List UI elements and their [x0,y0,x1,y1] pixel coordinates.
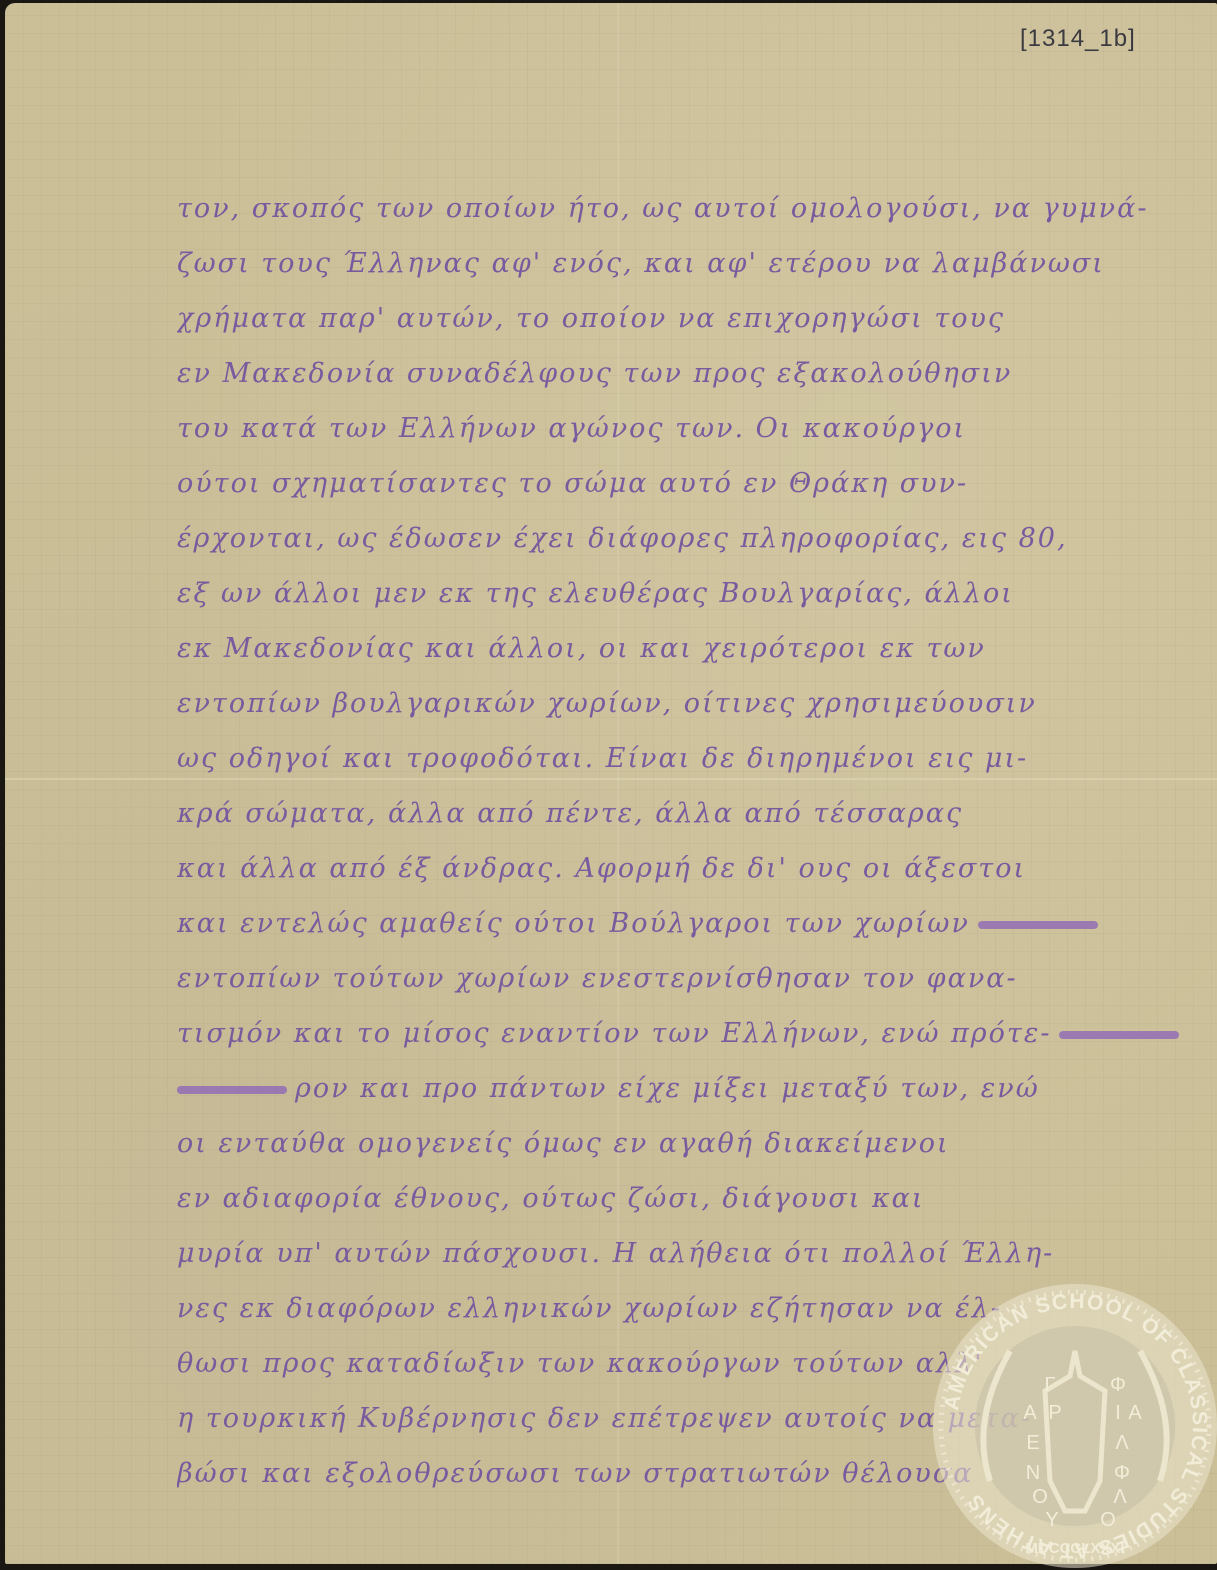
svg-text:Γ: Γ [1044,1374,1055,1396]
text-line: εξ ων άλλοι μεν εκ της ελευθέρας Βουλγαρ… [177,566,1207,621]
text-line: εν Μακεδονία συναδέλφους των προς εξακολ… [177,346,1207,401]
text-line: ρον και προ πάντων είχε μίξει μεταξύ των… [177,1061,1207,1116]
svg-text:Α: Α [1128,1402,1142,1424]
letter-page: [1314_1b] τον, σκοπός των οποίων ήτο, ως… [5,3,1217,1564]
text-line: και εντελώς αμαθείς ούτοι Βούλγαροι των … [177,896,1207,951]
archive-reference: [1314_1b] [1020,25,1136,53]
text-line: μυρία υπ' αυτών πάσχουσι. Η αλήθεια ότι … [177,1226,1207,1281]
text-line: χρήματα παρ' αυτών, το οποίον να επιχορη… [177,291,1207,346]
svg-text:Λ: Λ [1113,1486,1127,1508]
text-line: ως οδηγοί και τροφοδόται. Είναι δε διηρη… [177,731,1207,786]
svg-text:Ο: Ο [1032,1486,1048,1508]
text-line: ζωσι τους Έλληνας αφ' ενός, και αφ' ετέρ… [177,236,1207,291]
text-line: ούτοι σχηματίσαντες το σώμα αυτό εν Θράκ… [177,456,1207,511]
svg-text:Ε: Ε [1026,1432,1039,1454]
svg-text:Ο: Ο [1100,1509,1116,1531]
seal-date: MDCCCLXXXI [1025,1540,1124,1557]
embossed-seal-icon: AMERICAN SCHOOL OF CLASSICAL STUDIES AT … [930,1281,1217,1570]
text-line: έρχονται, ως έδωσεν έχει διάφορες πληροφ… [177,511,1207,566]
text-line: τισμόν και το μίσος εναντίον των Ελλήνων… [177,1006,1207,1061]
text-line: και άλλα από έξ άνδρας. Αφορμή δε δι' ου… [177,841,1207,896]
svg-text:Φ: Φ [1110,1374,1126,1396]
svg-text:Υ: Υ [1045,1509,1058,1531]
svg-text:Ι: Ι [1115,1402,1121,1424]
text-line: εντοπίων βουλγαρικών χωρίων, οίτινες χρη… [177,676,1207,731]
svg-text:Ν: Ν [1026,1462,1040,1484]
text-line: του κατά των Ελλήνων αγώνος των. Οι κακο… [177,401,1207,456]
text-line: εκ Μακεδονίας και άλλοι, οι και χειρότερ… [177,621,1207,676]
text-line: κρά σώματα, άλλα από πέντε, άλλα από τέσ… [177,786,1207,841]
svg-text:Φ: Φ [1114,1462,1130,1484]
text-line: εν αδιαφορία έθνους, ούτως ζώσι, διάγουσ… [177,1171,1207,1226]
text-line: οι ενταύθα ομογενείς όμως εν αγαθή διακε… [177,1116,1207,1171]
svg-text:Α: Α [1023,1402,1037,1424]
svg-text:Ρ: Ρ [1048,1402,1061,1424]
text-line: εντοπίων τούτων χωρίων ενεστερνίσθησαν τ… [177,951,1207,1006]
svg-text:Λ: Λ [1115,1432,1129,1454]
text-line: τον, σκοπός των οποίων ήτο, ως αυτοί ομο… [177,181,1207,236]
